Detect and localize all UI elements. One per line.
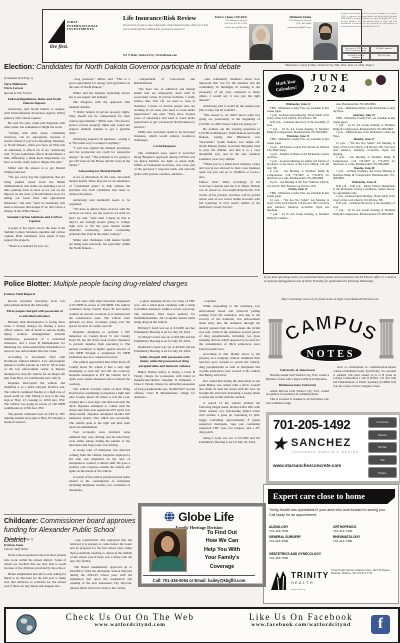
paragraph: Recent incidents involving local law enf… bbox=[4, 299, 65, 307]
specialty-phone[interactable]: 701-413-7450 bbox=[333, 539, 395, 543]
service-button[interactable]: Tile bbox=[368, 455, 397, 466]
childcare-column-2: ...ing construction. She expressed that … bbox=[70, 538, 132, 604]
disclosure-cell: Not Insured by FDIC or Any Other Governm… bbox=[342, 46, 370, 53]
paragraph: “We have lots of addiction and mental he… bbox=[134, 87, 195, 129]
section-divider bbox=[4, 514, 132, 515]
trinity-headline-banner: Expert care close to home bbox=[268, 489, 395, 504]
paragraph: The Board unanimously approved up to $22… bbox=[70, 565, 132, 590]
sanchez-concrete-ad: 701-205-1492 ★ SANCHEZ CONCRETE REPAIR &… bbox=[266, 412, 400, 484]
paragraph: (Continued from Page 1) bbox=[4, 538, 66, 542]
paragraph: Miller said the answer is to get Donald … bbox=[4, 166, 65, 174]
life-insurance-ad: FIRST INTERNATIONAL INVESTMENTS live fir… bbox=[42, 9, 362, 63]
trinity-logo-row: TRINITY HEALTH trinityhealth.org Trinity… bbox=[269, 567, 393, 599]
facebook-link-block[interactable]: Like Us On Facebook www.facebook.com/wat… bbox=[236, 612, 366, 628]
paragraph: Summit Carbon Solutions and Carbon Captu… bbox=[6, 215, 63, 224]
ad-disclaimer: Securities and advisory services are off… bbox=[341, 13, 397, 43]
bank-name: FIRST INTERNATIONAL INVESTMENTS bbox=[67, 21, 106, 32]
paragraph: Deputies attempted to perform a PIT mane… bbox=[69, 330, 130, 360]
paragraph: Armstrong supports all pipelines - sayin… bbox=[69, 137, 130, 145]
blotter-column-4: ...together.While responding to the resi… bbox=[199, 299, 260, 499]
svg-text:CAMPUS: CAMPUS bbox=[282, 313, 381, 346]
sanchez-service-buttons: ConcreteStuccoBricksTilePatios bbox=[368, 417, 397, 478]
trinity-brand-sub: HEALTH bbox=[291, 581, 314, 585]
bank-tagline: live first. bbox=[50, 45, 68, 50]
sanchez-tagline: CONCRETE REPAIR & DESIGN bbox=[292, 450, 359, 454]
paragraph: Det. stated that during the altercation … bbox=[199, 379, 260, 400]
calendar-entry: 7 p.m. - 24 lb. AA Group meeting at Nort… bbox=[267, 213, 329, 220]
globe-icon bbox=[16, 614, 37, 635]
election-headline: Election: Candidates for North Dakota Go… bbox=[4, 62, 262, 71]
paragraph: According to Det. Bailey drove to the pr… bbox=[199, 352, 260, 377]
campus-arched-text: CAMPUS bbox=[282, 313, 381, 346]
facebook-title: Like Us On Facebook bbox=[236, 612, 366, 622]
specialty-phone[interactable]: 701-418-7530 bbox=[269, 529, 331, 533]
election-column-4: ...and community members about how impor… bbox=[199, 77, 260, 274]
ad-disclosure-table: Not Insured by FDIC or Any Other Governm… bbox=[341, 45, 399, 61]
paragraph: A point of hot topics across the state i… bbox=[4, 226, 65, 243]
calendar-divider bbox=[267, 100, 395, 101]
paragraph: Miller said her business leadership allo… bbox=[69, 91, 130, 99]
blotter-headline-text: Multiple people facing drug-related char… bbox=[51, 281, 187, 288]
agent-photo-woman bbox=[249, 24, 273, 60]
specialty-column-left: AUDIOLOGY 701-418-7530 GENERAL SURGERY 7… bbox=[269, 525, 331, 546]
specialty-item: OBSTETRICS AND GYNECOLOGY 701-418-7500 bbox=[269, 552, 321, 560]
trinity-health-ad: Expert care close to home Trinity Health… bbox=[263, 484, 399, 604]
paragraph: ...ing construction. She expressed that … bbox=[70, 538, 132, 563]
calendar-column-right: sion. Bottineau/Info 701-609-6863.7 p.m.… bbox=[333, 103, 395, 269]
campus-notes-text: NOTES bbox=[307, 349, 356, 360]
agent-contact-2: Michkenzie Schultz LPL Financial Advisor… bbox=[275, 16, 311, 29]
paragraph: ...and community members about how impor… bbox=[199, 77, 260, 102]
trinity-brand: TRINITY bbox=[291, 571, 329, 580]
masthead-note: McKenzie County Farmer, Watford City, ND… bbox=[262, 63, 397, 67]
paragraph: University of Jamestown bbox=[268, 368, 327, 372]
service-button[interactable]: Stucco bbox=[368, 430, 397, 441]
paragraph: He pointed out the varying responses to … bbox=[199, 127, 260, 161]
ad-title: Life Insurance/Risk Review bbox=[123, 15, 196, 22]
paragraph: (Continued from Page 1) bbox=[4, 77, 65, 81]
paragraph: Armstrong said telehealth needs to be ex… bbox=[69, 198, 130, 206]
calendar-box: Mark Your Calendars! JUNE2024 Wednesday,… bbox=[263, 70, 399, 274]
specialty-column-right: ORTHOPEDICS 701-413-7400 RHEUMATOLOGY 70… bbox=[333, 525, 395, 546]
paragraph: Braeden Gunda from Watford City, N.D., e… bbox=[266, 374, 329, 382]
paragraph: She disagrees with the approach with emi… bbox=[69, 100, 130, 108]
paragraph: Selley charged with possession with inte… bbox=[136, 355, 193, 368]
pitch-line: Your Family's bbox=[191, 554, 253, 562]
calendar-submit-note: If you have upcoming events you would li… bbox=[264, 276, 396, 284]
sanchez-website-link[interactable]: www.starsanchezconcrete.com bbox=[273, 463, 341, 468]
paragraph: ...tion zone with other motorists design… bbox=[69, 299, 130, 329]
globe-life-name: Globe Life bbox=[178, 510, 234, 524]
paragraph: “The reason is, we didn’t know what was … bbox=[199, 113, 260, 126]
blotter-byline: Farmer Staff Reports bbox=[4, 292, 35, 296]
paragraph: Demitrius’s bond was set at $5,000 and h… bbox=[134, 345, 195, 353]
web-facebook-banner: Check Us Out On The Web www.watfordcityn… bbox=[4, 607, 400, 643]
blotter-kicker: Police Blotter: bbox=[4, 281, 51, 288]
pitch-line: To Find Out bbox=[191, 529, 253, 537]
paragraph: ...together. bbox=[199, 299, 260, 303]
paragraph: The vehicle traveled south on Red Wing R… bbox=[69, 387, 130, 429]
web-link-block[interactable]: Check Us Out On The Web www.watfordcityn… bbox=[40, 612, 220, 628]
paragraph: The pursuit continued west on 23rd St. N… bbox=[4, 412, 65, 425]
paragraph: level of achievement in communication-re… bbox=[333, 366, 396, 389]
bank-triangle-logo-icon bbox=[48, 19, 65, 43]
campus-notes-logo: CAMPUS NOTES bbox=[268, 311, 394, 365]
paragraph: Brittany’s bond was set at $15,000 and h… bbox=[134, 326, 195, 334]
blotter-column-3: ...a glass smoking device, two bags of T… bbox=[134, 299, 195, 499]
agent-photo-hailey bbox=[149, 528, 187, 572]
web-url[interactable]: www.watfordcitynd.com bbox=[40, 622, 220, 628]
pitch-line: How We Can bbox=[191, 537, 253, 545]
star-icon: ★ bbox=[270, 433, 292, 456]
disclosure-cell: May Lose Value bbox=[370, 53, 398, 60]
paragraph: Deputies intercepted the vehicle and ide… bbox=[4, 381, 65, 411]
pitch-line: Coverage bbox=[191, 563, 253, 571]
paragraph: A lot of discussion, in the state, surro… bbox=[69, 175, 130, 196]
paragraph: Armstrong said it would be the easiest p… bbox=[199, 104, 260, 112]
campus-column-2: level of achievement in communication-re… bbox=[333, 366, 396, 410]
trinity-address: Trinity Health Western Dakota Clinic, 13… bbox=[331, 569, 391, 576]
paragraph: Editors Note: Video recordings of the Go… bbox=[199, 180, 260, 210]
paragraph: The vehicle approached Red Wing Road off… bbox=[69, 360, 130, 385]
paragraph: Bailey Dalton Selley is facing a Class B… bbox=[134, 370, 195, 400]
paragraph: A search of the vehicle yielded several … bbox=[69, 475, 130, 492]
paragraph: Farmer Staff Writer bbox=[4, 547, 66, 551]
election-kicker: Election: bbox=[4, 62, 34, 71]
web-title: Check Us Out On The Web bbox=[40, 612, 220, 622]
election-column-3: ...Department of Corrections and Rehabil… bbox=[134, 77, 195, 274]
agent-photo-man bbox=[313, 22, 338, 60]
paragraph: “We have to deliver those services with … bbox=[69, 207, 130, 237]
paragraph: ...a glass smoking device, two bags of T… bbox=[134, 299, 195, 324]
paragraph: Armstrong said North Dakota is unique, w… bbox=[4, 107, 65, 120]
paragraph: Special to The Farmer bbox=[4, 91, 65, 95]
paragraph: According to documents filed with Northw… bbox=[4, 355, 65, 380]
calendar-column-left: Wednesday, June 12TBD - McKenzie County … bbox=[267, 103, 329, 269]
agent-email[interactable]: kristi.cheney@lpl.com bbox=[211, 26, 247, 29]
globe-life-header: Globe Life Family Heritage Division bbox=[141, 508, 257, 530]
paragraph: “Joining with other states, combining re… bbox=[4, 131, 65, 165]
facebook-url[interactable]: www.facebook.com/watfordcitynd bbox=[236, 622, 366, 628]
paragraph: Covid Response bbox=[136, 144, 193, 148]
specialty-item: AUDIOLOGY 701-418-7530 bbox=[269, 525, 331, 533]
paragraph: A strong odor of marijuana was detected … bbox=[69, 448, 130, 473]
specialty-item: GENERAL SURGERY 701-418-7500 bbox=[269, 535, 331, 543]
calendar-more-events-link[interactable]: More Community events can be found onlin… bbox=[264, 297, 396, 301]
paragraph: Four occupants were detained, none admit… bbox=[69, 430, 130, 447]
ad-address: 101 N Main, Watford City | firstintlbank… bbox=[123, 54, 253, 57]
service-button[interactable]: Bricks bbox=[368, 442, 397, 453]
paragraph: This is awarded to students in all disci… bbox=[266, 398, 329, 406]
globe-icon bbox=[164, 511, 175, 522]
paragraph: Advocating for Mental Health bbox=[71, 169, 128, 173]
paragraph: “I will vote against the eminent provisi… bbox=[69, 146, 130, 167]
disclosure-cell: Not Bank Deposits or Obligations bbox=[342, 53, 370, 60]
service-button[interactable]: Patios bbox=[368, 467, 397, 478]
paragraph: Brittany Ann Ranckenwicz is facing three… bbox=[4, 320, 65, 354]
calendar-entry: 7 p.m. - 20 lb. AA Group meeting at Nort… bbox=[333, 209, 395, 216]
decorative-dot-olive bbox=[365, 79, 372, 86]
specialty-phone[interactable]: 701-418-7500 bbox=[269, 556, 321, 560]
campus-column-1: University of JamestownBraeden Gunda fro… bbox=[266, 366, 329, 410]
paragraph: ...hog producer,” Miller said. “This is … bbox=[69, 77, 130, 90]
year-label: 2024 bbox=[314, 83, 348, 95]
specialty-phone[interactable]: 701-413-7400 bbox=[333, 529, 395, 533]
paragraph: “We see every day the regulations that a… bbox=[4, 175, 65, 213]
agent-email[interactable]: mark.schultz@LPL.com bbox=[275, 26, 311, 29]
sanchez-name: SANCHEZ bbox=[291, 437, 351, 449]
globe-life-ad: Globe Life Family Heritage Division To F… bbox=[138, 503, 266, 587]
blotter-headline: Police Blotter: Multiple people facing d… bbox=[4, 280, 260, 288]
childcare-column-1: (Continued from Page 1)Kristen JonesFarm… bbox=[4, 538, 66, 604]
paragraph: Alexis McCree from Watford City, N.D., e… bbox=[266, 390, 329, 398]
paragraph: In the school-sponsored daycare have par… bbox=[4, 553, 66, 570]
paragraph: A search of the vehicle yielded the foll… bbox=[199, 401, 260, 435]
sanchez-phone[interactable]: 701-205-1492 bbox=[273, 417, 350, 432]
paragraph: Federal Regulations, Rules and North Dak… bbox=[6, 97, 63, 106]
decorative-dot-maroon bbox=[376, 75, 386, 85]
paragraph: Dickinson State University bbox=[268, 383, 327, 387]
globe-life-logo: Globe Life bbox=[164, 510, 234, 524]
calendar-entry: 12 p.m. - “We Are Not Saints” AA Meeting… bbox=[267, 199, 329, 213]
paragraph: “There is a demand for low car... bbox=[4, 244, 65, 248]
ad-body-text: Protection if you die is a key component… bbox=[123, 24, 209, 31]
paragraph: He said the state could join litigation … bbox=[4, 121, 65, 129]
trinity-body-text: Trinity Health has specialists in your a… bbox=[269, 508, 387, 518]
first-international-logo: FIRST INTERNATIONAL INVESTMENTS live fir… bbox=[48, 18, 106, 56]
paragraph: “I firmly believe in private property ri… bbox=[69, 110, 130, 135]
trinity-leaf-icon bbox=[269, 569, 289, 591]
trinity-website[interactable]: trinityhealth.org bbox=[291, 589, 327, 591]
globe-life-contact[interactable]: Call: 701-315-0054 or Email: hailey@kbgf… bbox=[143, 575, 255, 582]
paragraph: “When you’re a small-town business owner… bbox=[199, 162, 260, 179]
disclosure-cell: Not Bank Guaranteed bbox=[370, 46, 398, 53]
agent-contact-1: Kristi A. Cheney, CFP, RICP LPL Financia… bbox=[211, 16, 247, 29]
facebook-icon[interactable]: f bbox=[371, 615, 390, 634]
specialty-item: RHEUMATOLOGY 701-413-7450 bbox=[333, 535, 395, 543]
paragraph: Miller said challenges with mental healt… bbox=[69, 238, 130, 251]
pitch-line: Help You With bbox=[191, 546, 253, 554]
paragraph: Butler emphasized that she is only askin… bbox=[4, 572, 66, 589]
election-column-1: (Continued from Page 1)Steve HallstromCh… bbox=[4, 77, 65, 274]
blotter-column-1: Recent incidents involving local law enf… bbox=[4, 299, 65, 512]
childcare-kicker: Childcare: bbox=[4, 518, 38, 525]
service-button[interactable]: Concrete bbox=[368, 417, 397, 428]
paragraph: While responding to the residence, law e… bbox=[199, 304, 260, 350]
section-divider bbox=[4, 276, 258, 277]
election-column-2: ...hog producer,” Miller said. “This is … bbox=[69, 77, 130, 274]
paragraph: Selley’s bond was set at $15,000 and his… bbox=[199, 436, 260, 444]
blotter-column-2: ...tion zone with other motorists design… bbox=[69, 299, 130, 512]
election-headline-text: Candidates for North Dakota Governor par… bbox=[34, 62, 240, 71]
paragraph: Ty-Shaun’s bond was set at $25,000 and h… bbox=[134, 335, 195, 343]
paragraph: ...Department of Corrections and Rehabil… bbox=[134, 77, 195, 85]
paragraph: Three people charged with possession of … bbox=[6, 309, 63, 318]
paragraph: Miller also said there needs to be incre… bbox=[134, 130, 195, 143]
calendar-entry: 12 p.m. - “We Are Not Saints” AA Meeting… bbox=[333, 142, 395, 156]
globe-life-pitch: To Find OutHow We CanHelp You WithYour F… bbox=[191, 529, 253, 571]
specialty-item: ORTHOPEDICS 701-413-7400 bbox=[333, 525, 395, 533]
specialty-phone[interactable]: 701-418-7500 bbox=[269, 539, 331, 543]
paragraph: The candidates were asked if Governor Do… bbox=[134, 151, 195, 176]
